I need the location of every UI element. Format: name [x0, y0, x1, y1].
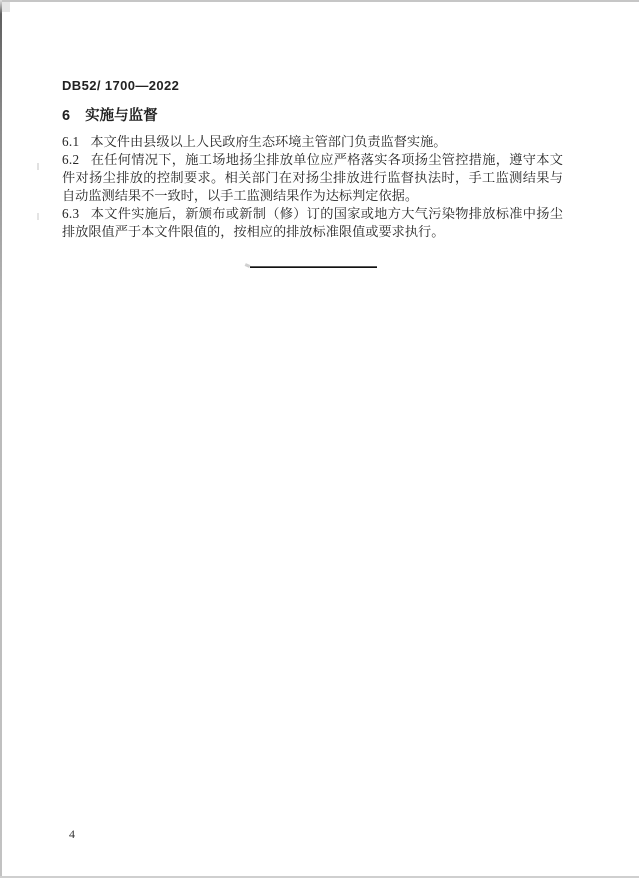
clause-6-3: 6.3本文件实施后，新颁布或新制（修）订的国家或地方大气污染物排放标准中扬尘排放… — [62, 205, 563, 241]
scan-speckle — [37, 213, 39, 220]
end-of-text-divider — [250, 266, 377, 268]
scan-edge-top — [0, 0, 639, 2]
clause-number: 6.1 — [62, 134, 79, 149]
clause-number: 6.3 — [62, 206, 79, 221]
scan-speckle — [37, 163, 39, 170]
body-text: 6.1本文件由县级以上人民政府生态环境主管部门负责监督实施。 6.2在任何情况下… — [62, 133, 563, 241]
document-code: DB52/ 1700—2022 — [62, 78, 179, 93]
clause-text: 本文件由县级以上人民政府生态环境主管部门负责监督实施。 — [90, 134, 446, 149]
section-number: 6 — [62, 108, 70, 124]
document-page: DB52/ 1700—2022 6实施与监督 6.1本文件由县级以上人民政府生态… — [0, 0, 639, 878]
scan-corner-shade — [2, 2, 10, 12]
scan-edge-left — [0, 0, 2, 878]
clause-number: 6.2 — [62, 152, 79, 167]
clause-text: 本文件实施后，新颁布或新制（修）订的国家或地方大气污染物排放标准中扬尘排放限值严… — [62, 206, 563, 239]
clause-6-1: 6.1本文件由县级以上人民政府生态环境主管部门负责监督实施。 — [62, 133, 563, 151]
page-number: 4 — [69, 827, 75, 842]
clause-6-2: 6.2在任何情况下，施工场地扬尘排放单位应严格落实各项扬尘管控措施，遵守本文件对… — [62, 151, 563, 205]
section-heading: 6实施与监督 — [62, 104, 158, 125]
clause-text: 在任何情况下，施工场地扬尘排放单位应严格落实各项扬尘管控措施，遵守本文件对扬尘排… — [62, 152, 563, 203]
section-title: 实施与监督 — [85, 108, 158, 124]
